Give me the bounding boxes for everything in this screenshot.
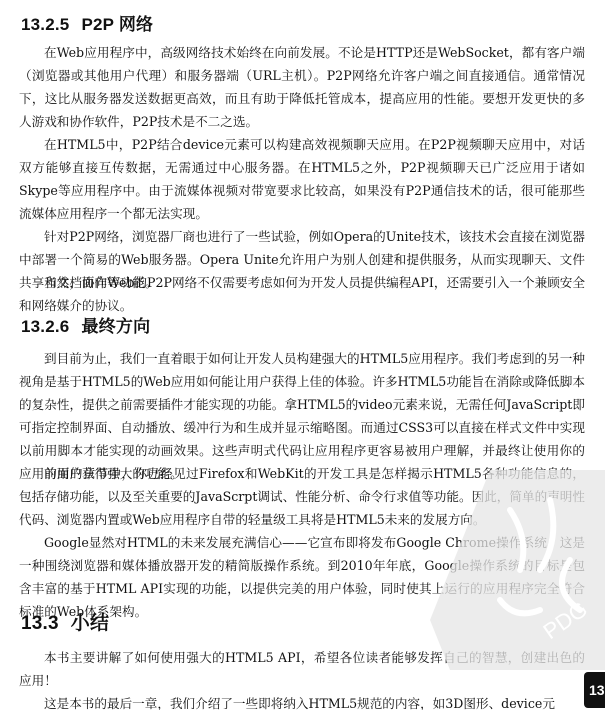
section-title: P2P 网络	[81, 15, 153, 34]
section-title: 最终方向	[81, 317, 150, 336]
paragraph: 在Web应用程序中，高级网络技术始终在向前发展。不论是HTTP还是WebSock…	[19, 41, 585, 133]
section-number: 13.2.6	[21, 317, 69, 337]
document-page: 13.2.5P2P 网络 在Web应用程序中，高级网络技术始终在向前发展。不论是…	[0, 0, 605, 710]
section-heading-13-2-6: 13.2.6最终方向	[21, 312, 150, 337]
section-number: 13.2.5	[21, 15, 69, 35]
section-heading-13-2-5: 13.2.5P2P 网络	[21, 10, 153, 35]
section-heading-13-3: 13.3小结	[21, 608, 109, 635]
paragraph: 当然，面向Web的P2P网络不仅需要考虑如何为开发人员提供编程API，还需要引入…	[19, 271, 585, 317]
paragraph: 这是本书的最后一章，我们介绍了一些即将纳入HTML5规范的内容，如3D图形、de…	[19, 692, 585, 710]
section-title: 小结	[71, 613, 109, 634]
paragraph: 在HTML5中，P2P结合device元素可以构建高效视频聊天应用。在P2P视频…	[19, 133, 585, 225]
chapter-tab: 13	[584, 672, 605, 708]
paragraph: 本书主要讲解了如何使用强大的HTML5 API，希望各位读者能够发挥自己的智慧，…	[19, 646, 585, 692]
section-number: 13.3	[21, 613, 59, 635]
paragraph: 前面的章节中，你已经见过Firefox和WebKit的开发工具是怎样揭示HTML…	[19, 462, 585, 531]
